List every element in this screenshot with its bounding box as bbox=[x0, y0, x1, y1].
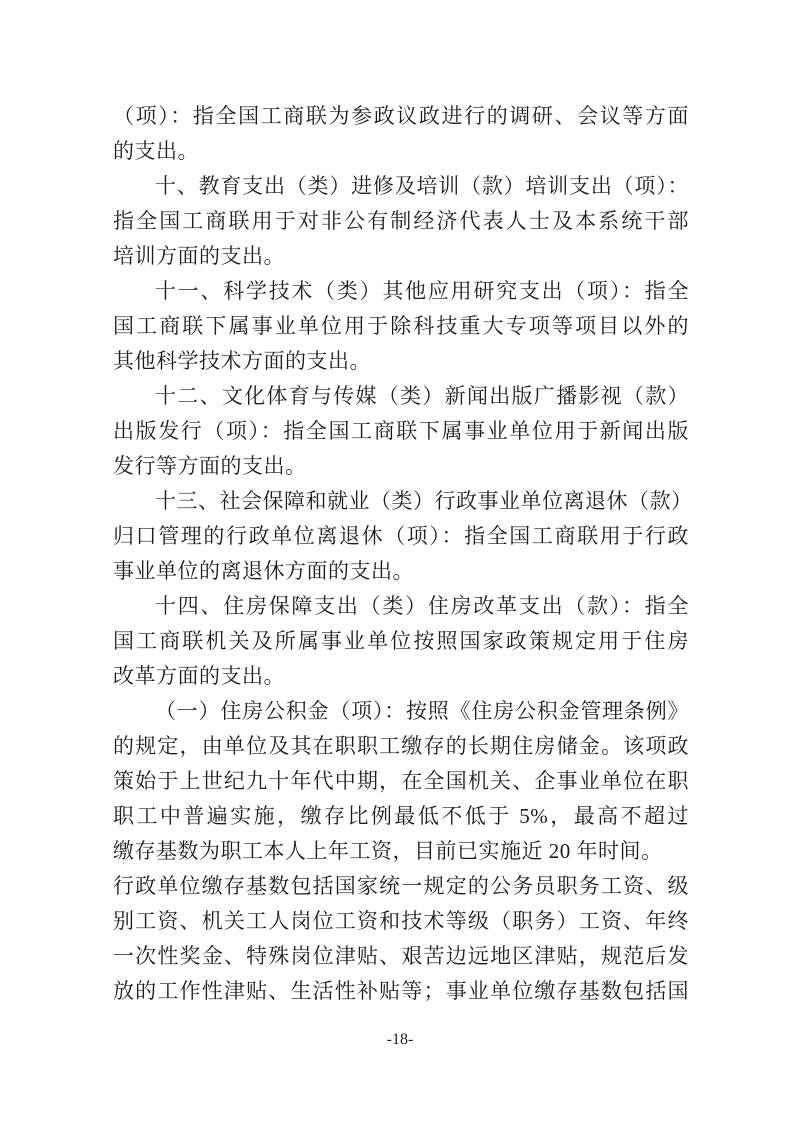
document-page: （项）：指全国工商联为参政议政进行的调研、会议等方面的支出。十、教育支出（类）进… bbox=[0, 0, 800, 1131]
text-line: 策始于上世纪九十年代中期，在全国机关、企事业单位在职 bbox=[113, 764, 689, 799]
text-line: （项）：指全国工商联为参政议政进行的调研、会议等方面 bbox=[113, 99, 689, 134]
text-line: 十一、科学技术（类）其他应用研究支出（项）：指全 bbox=[113, 274, 689, 309]
text-line: 出版发行（项）：指全国工商联下属事业单位用于新闻出版 bbox=[113, 414, 689, 449]
text-line: 十二、文化体育与传媒（类）新闻出版广播影视（款） bbox=[113, 379, 689, 414]
text-line: 事业单位的离退休方面的支出。 bbox=[113, 554, 689, 589]
text-line: （一）住房公积金（项）：按照《住房公积金管理条例》 bbox=[113, 694, 689, 729]
text-line: 的规定，由单位及其在职职工缴存的长期住房储金。该项政 bbox=[113, 729, 689, 764]
text-line: 其他科学技术方面的支出。 bbox=[113, 344, 689, 379]
text-line: 别工资、机关工人岗位工资和技术等级（职务）工资、年终 bbox=[113, 904, 689, 939]
text-line: 改革方面的支出。 bbox=[113, 659, 689, 694]
document-body: （项）：指全国工商联为参政议政进行的调研、会议等方面的支出。十、教育支出（类）进… bbox=[113, 99, 689, 1009]
text-line: 发行等方面的支出。 bbox=[113, 449, 689, 484]
text-line: 指全国工商联用于对非公有制经济代表人士及本系统干部 bbox=[113, 204, 689, 239]
text-line: 培训方面的支出。 bbox=[113, 239, 689, 274]
text-line: 行政单位缴存基数包括国家统一规定的公务员职务工资、级 bbox=[113, 869, 689, 904]
text-line: 放的工作性津贴、生活性补贴等；事业单位缴存基数包括国 bbox=[113, 974, 689, 1009]
text-line: 国工商联机关及所属事业单位按照国家政策规定用于住房 bbox=[113, 624, 689, 659]
text-line: 归口管理的行政单位离退休（项）：指全国工商联用于行政 bbox=[113, 519, 689, 554]
text-line: 十、教育支出（类）进修及培训（款）培训支出（项）： bbox=[113, 169, 689, 204]
text-line: 一次性奖金、特殊岗位津贴、艰苦边远地区津贴，规范后发 bbox=[113, 939, 689, 974]
text-line: 十三、社会保障和就业（类）行政事业单位离退休（款） bbox=[113, 484, 689, 519]
text-line: 的支出。 bbox=[113, 134, 689, 169]
page-number: -18- bbox=[0, 1029, 800, 1051]
text-line: 国工商联下属事业单位用于除科技重大专项等项目以外的 bbox=[113, 309, 689, 344]
text-line: 职工中普遍实施，缴存比例最低不低于 5%，最高不超过 12%， bbox=[113, 799, 689, 834]
text-line: 缴存基数为职工本人上年工资，目前已实施近 20 年时间。 bbox=[113, 834, 689, 869]
text-line: 十四、住房保障支出（类）住房改革支出（款）：指全 bbox=[113, 589, 689, 624]
